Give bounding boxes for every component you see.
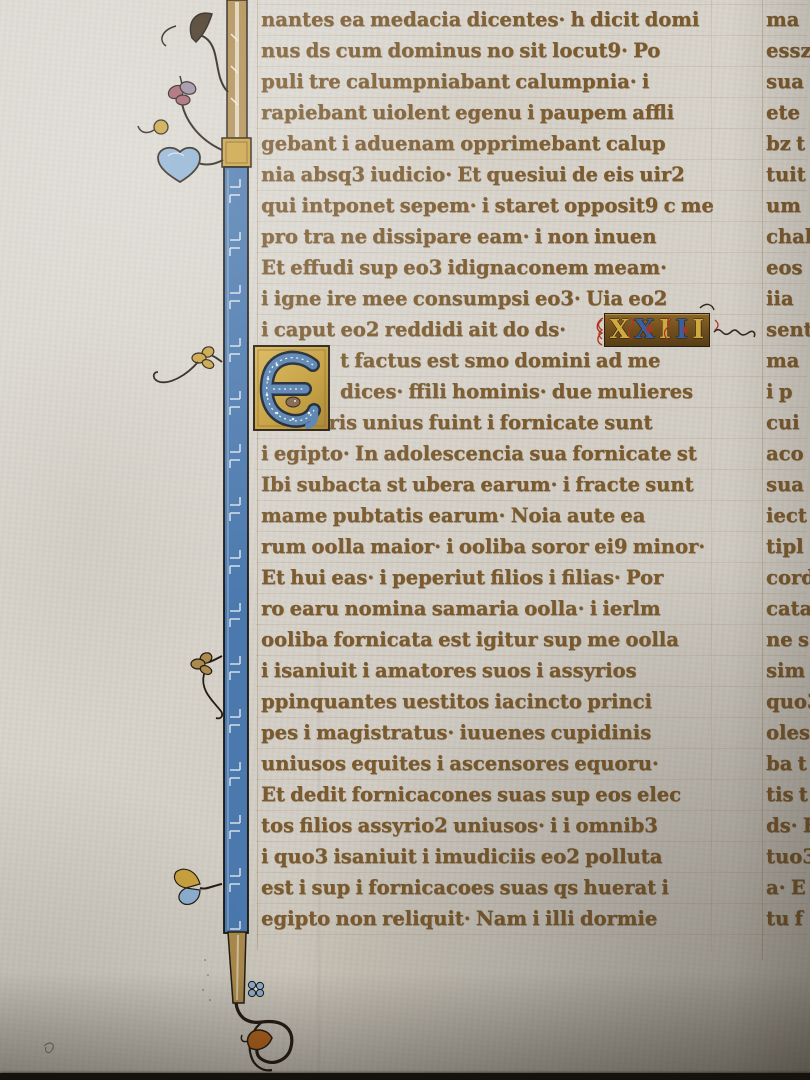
blue-leaf-lobe-icon <box>179 888 200 904</box>
text-line: rum oolla maior· i ooliba soror ei9 mino… <box>261 532 713 563</box>
text-line: puli tre calumpniabant calumpnia· i <box>261 67 713 98</box>
text-line: pro tra ne dissipare eam· i non inuen <box>261 222 713 253</box>
text-line-fragment: iia <box>766 284 810 315</box>
text-line-fragment: sua <box>766 67 810 98</box>
terminal-orange-leaf-icon <box>248 1030 272 1050</box>
photo-bottom-edge <box>0 1073 810 1080</box>
text-line-fragment: ba t <box>766 749 810 780</box>
text-line-fragment: quo3 <box>766 687 810 718</box>
text-line: gebant i aduenam opprimebant calup <box>261 129 713 160</box>
text-line-fragment: olese <box>766 718 810 749</box>
text-line-fragment: tipl <box>766 532 810 563</box>
text-line-fragment: essz <box>766 36 810 67</box>
blue-heart-leaf-icon <box>158 148 200 182</box>
text-line-fragment: um <box>766 191 810 222</box>
terminal-flourish <box>236 1003 292 1070</box>
text-line-fragment: iect <box>766 501 810 532</box>
chapter-numeral-letter: I <box>692 315 704 345</box>
text-line-fragment: aco <box>766 439 810 470</box>
text-line-fragment: cord <box>766 563 810 594</box>
text-line: Et effudi sup eo3 idignaconem meam· <box>261 253 713 284</box>
dark-leaf-icon <box>190 13 212 42</box>
text-line: rapiebant uiolent egenu i paupem affli <box>261 98 713 129</box>
bar-gold-knot <box>222 138 251 167</box>
text-line: tos filios assyrio2 uniusos· i i omnib3 <box>261 811 713 842</box>
text-line: ro earu nomina samaria oolla· i ierlm <box>261 594 713 625</box>
text-line-fragment: sent <box>766 315 810 346</box>
quatrefoil-icon <box>248 981 263 996</box>
text-line: Et dedit fornicacones suas sup eos elec <box>261 780 713 811</box>
text-line: i quo3 isaniuit i imudiciis eo2 polluta <box>261 842 713 873</box>
top-left-spray <box>138 13 228 182</box>
text-line-fragment: ne s <box>766 625 810 656</box>
initial-creature <box>286 397 300 407</box>
text-line: est i sup i fornicacoes suas qs huerat i <box>261 873 713 904</box>
text-line: nantes ea medacia dicentes· h dicit domi <box>261 5 713 36</box>
text-line-fragment: ma <box>766 346 810 377</box>
text-line: ppinquantes uestitos iacincto princi <box>261 687 713 718</box>
page-crease <box>318 640 320 1080</box>
text-line-fragment: tu f <box>766 904 810 935</box>
bar-bottom-gold-segment <box>228 932 246 1003</box>
gold-trefoil-leaf-icon <box>191 651 214 676</box>
lower-leaf-spray <box>174 869 222 904</box>
text-line-fragment: cata <box>766 594 810 625</box>
text-line-fragment: tuit <box>766 160 810 191</box>
upper-gold-trefoil-spray <box>154 345 222 382</box>
text-line-fragment: ds· E <box>766 811 810 842</box>
text-line: nia absq3 iudicio· Et quesiui de eis uir… <box>261 160 713 191</box>
ruling-vertical-left <box>257 0 258 950</box>
chapter-numeral-letter: X <box>610 315 630 345</box>
ink-specks <box>202 959 211 1001</box>
text-line-fragment: a· E <box>766 873 810 904</box>
ruling-vertical-right-column <box>762 0 763 960</box>
manuscript-page-photo: uidentes uana i diuinantes ea medacia di… <box>0 0 810 1080</box>
text-line: i isaniuit i amatores suos i assyrios <box>261 656 713 687</box>
initial-E-artwork <box>253 345 330 431</box>
text-line-fragment: chal <box>766 222 810 253</box>
main-text-column: uidentes uana i diuinantes ea medacia di… <box>261 0 713 935</box>
illuminated-initial-E: E <box>253 345 330 431</box>
text-line: nus ds cum dominus no sit locut9· Po <box>261 36 713 67</box>
text-line: mame pubtatis earum· Noia aute ea <box>261 501 713 532</box>
mauve-trefoil-leaf-icon <box>166 80 197 105</box>
text-line-fragment: ma <box>766 5 810 36</box>
margin-mark <box>44 1043 53 1053</box>
text-line: Ibi subacta st ubera earum· i fracte sun… <box>261 470 713 501</box>
bar-blue-segment <box>224 167 248 933</box>
text-line-fragment: bz t <box>766 129 810 160</box>
bar-top-gold-segment <box>227 0 247 139</box>
chapter-numeral-letter: I <box>659 315 671 345</box>
chapter-numeral-letter: X <box>634 315 654 345</box>
text-line-fragment: ete <box>766 98 810 129</box>
chapter-numeral: XXIII <box>604 313 710 347</box>
text-line: pes i magistratus· iuuenes cupidinis <box>261 718 713 749</box>
text-line: uniusos equites i ascensores equoru· <box>261 749 713 780</box>
gold-leaf-lobe-icon <box>174 869 200 888</box>
text-line-fragment: i p <box>766 377 810 408</box>
text-line: Et hui eas· i peperiut filios i filias· … <box>261 563 713 594</box>
text-line-fragment: tis t <box>766 780 810 811</box>
gold-roundel-icon <box>154 120 168 134</box>
mid-gold-trefoil-spray <box>191 651 222 718</box>
chapter-numeral-letter: I <box>676 315 688 345</box>
gold-trefoil-leaf-icon <box>192 345 216 370</box>
text-line-fragment: eos <box>766 253 810 284</box>
adjacent-column-fragment: maesszsuaetebz ttuitumchaleosiiasentmai … <box>766 0 810 935</box>
text-line-fragment: sim <box>766 656 810 687</box>
text-line: ooliba fornicata est igitur sup me oolla <box>261 625 713 656</box>
text-line: i egipto· In adolescencia sua fornicate … <box>261 439 713 470</box>
text-line-fragment: cui <box>766 408 810 439</box>
text-line-fragment: tuo3 <box>766 842 810 873</box>
text-line: i igne ire mee consumpsi eo3· Uia eo2 <box>261 284 713 315</box>
text-line: egipto non reliquit· Nam i illi dormie <box>261 904 713 935</box>
text-line-fragment: sua <box>766 470 810 501</box>
text-line: qui intponet sepem· i staret opposit9 c … <box>261 191 713 222</box>
